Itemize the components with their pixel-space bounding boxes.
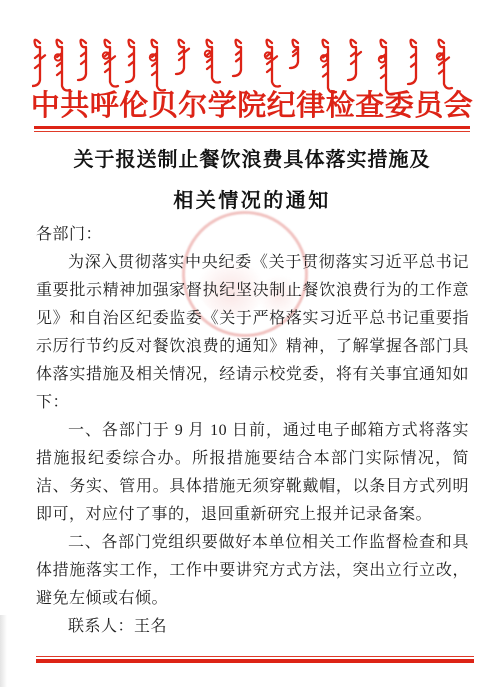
document-body: 各部门： 为深入贯彻落实中央纪委《关于贯彻落实习近平总书记重要批示精神加强家督执… [36, 221, 469, 641]
org-name: 中共呼伦贝尔学院纪律检查委员会 [0, 83, 504, 124]
paragraph: 为深入贯彻落实中央纪委《关于贯彻落实习近平总书记重要批示精神加强家督执纪坚决制止… [36, 249, 469, 417]
paragraph: 二、各部门党组织要做好本单位相关工作监督检查和具体措施落实工作，工作中要讲究方式… [36, 529, 469, 613]
document-title: 关于报送制止餐饮浪费具体落实措施及 相关情况的通知 [0, 145, 504, 216]
footer-rule [36, 656, 474, 663]
document-page: 中共呼伦贝尔学院纪律检查委员会 关于报送制止餐饮浪费具体落实措施及 相关情况的通… [0, 0, 504, 687]
document-title-line2: 相关情况的通知 [0, 186, 504, 216]
document-title-line1: 关于报送制止餐饮浪费具体落实措施及 [0, 145, 504, 175]
salutation: 各部门： [36, 221, 469, 249]
header-rule [34, 126, 470, 132]
paragraph: 一、各部门于 9 月 10 日前，通过电子邮箱方式将落实措施报纪委综合办。所报措… [36, 417, 469, 529]
contact-line: 联系人：王名 [36, 613, 469, 641]
header-rule-thin [34, 131, 470, 132]
footer-rule-thick [36, 659, 474, 663]
scan-smudge [0, 615, 7, 687]
